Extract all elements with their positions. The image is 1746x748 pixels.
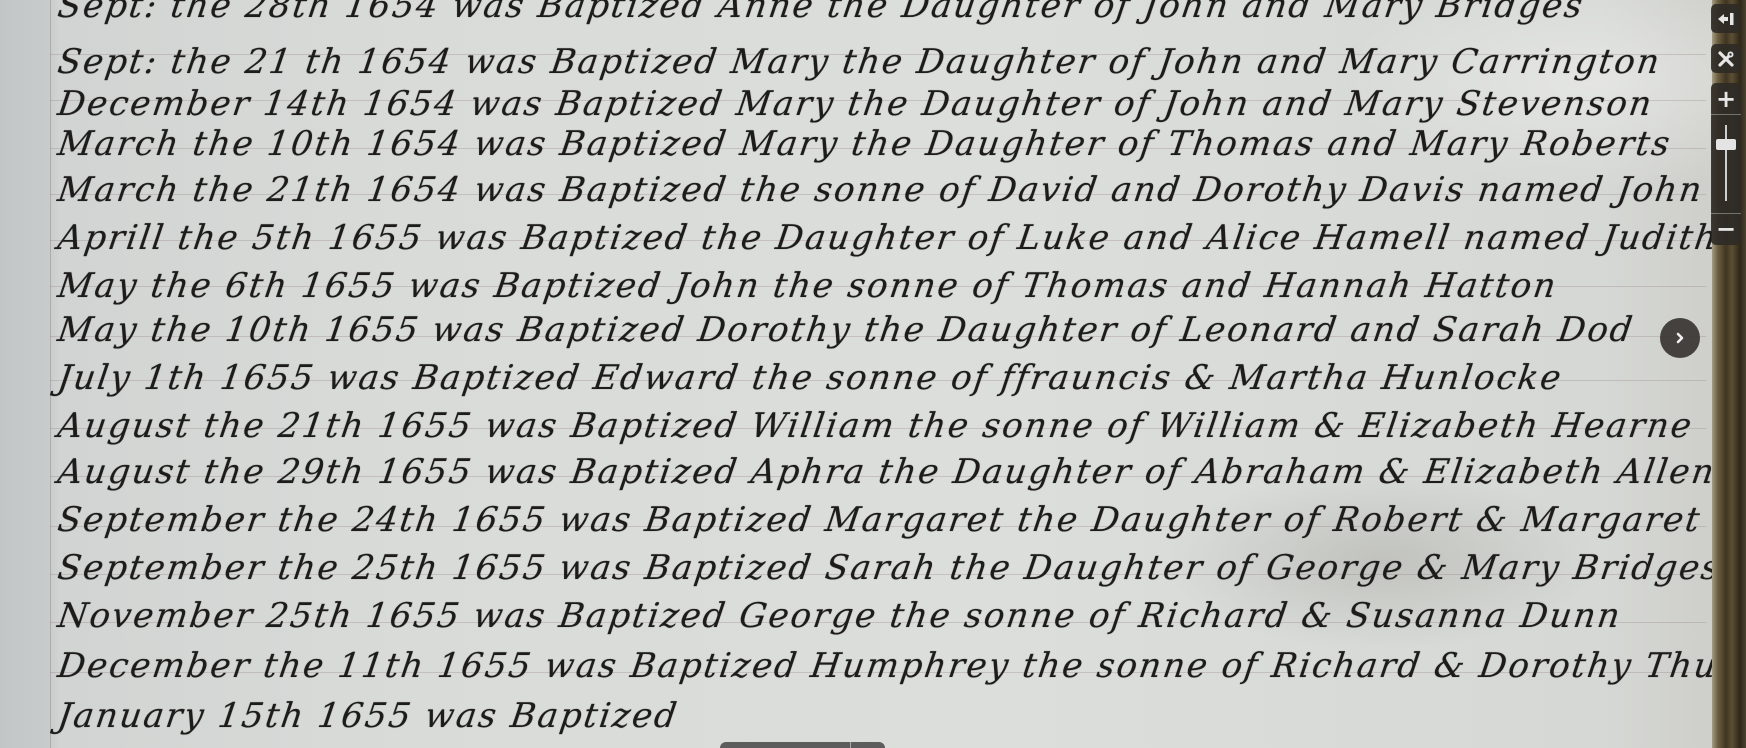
divider (1711, 114, 1741, 115)
plus-icon: + (1716, 85, 1736, 113)
register-entry: July 1th 1655 was Baptized Edward the so… (55, 358, 1565, 398)
zoom-slider-track[interactable] (1725, 125, 1727, 201)
register-entry: May the 6th 1655 was Baptized John the s… (55, 266, 1560, 306)
arrow-left-to-bar-icon (1717, 12, 1735, 26)
tools-icon (1717, 50, 1735, 68)
register-entry: August the 29th 1655 was Baptized Aphra … (55, 452, 1718, 492)
minus-icon: − (1716, 215, 1736, 243)
next-image-button[interactable] (1660, 318, 1700, 358)
divider (850, 742, 851, 748)
zoom-slider-thumb[interactable] (1716, 139, 1736, 150)
register-entry: Sept: the 21 th 1654 was Baptized Mary t… (55, 42, 1664, 82)
register-entry: September the 25th 1655 was Baptized Sar… (55, 548, 1723, 588)
zoom-control-panel: + − (1711, 83, 1741, 245)
register-entry: March the 10th 1654 was Baptized Mary th… (55, 124, 1674, 164)
register-entry: December the 11th 1655 was Baptized Hump… (55, 646, 1746, 686)
register-entry: November 25th 1655 was Baptized George t… (55, 596, 1624, 636)
register-entry: September the 24th 1655 was Baptized Mar… (55, 500, 1746, 540)
zoom-out-button[interactable]: − (1711, 215, 1741, 243)
register-entry: Aprill the 5th 1655 was Baptized the Dau… (55, 218, 1721, 258)
register-entry: August the 21th 1655 was Baptized Willia… (55, 406, 1696, 446)
divider (1711, 213, 1741, 214)
document-image-viewer[interactable]: Sept: the 28th 1654 was Baptized Anne th… (0, 0, 1746, 748)
register-entry: December 14th 1654 was Baptized Mary the… (55, 84, 1656, 124)
page-margin-line (50, 0, 51, 748)
tools-button[interactable] (1711, 44, 1741, 73)
register-entry: May the 10th 1655 was Baptized Dorothy t… (55, 310, 1636, 350)
collapse-panel-button[interactable] (1711, 4, 1741, 33)
register-entry: January 15th 1655 was Baptized (55, 696, 681, 736)
register-entry: Sept: the 28th 1654 was Baptized Anne th… (55, 0, 1587, 26)
bottom-toolbar-handle[interactable] (720, 742, 885, 748)
zoom-in-button[interactable]: + (1711, 85, 1741, 113)
register-entry: March the 21th 1654 was Baptized the son… (55, 170, 1706, 210)
chevron-right-icon (1673, 331, 1687, 345)
